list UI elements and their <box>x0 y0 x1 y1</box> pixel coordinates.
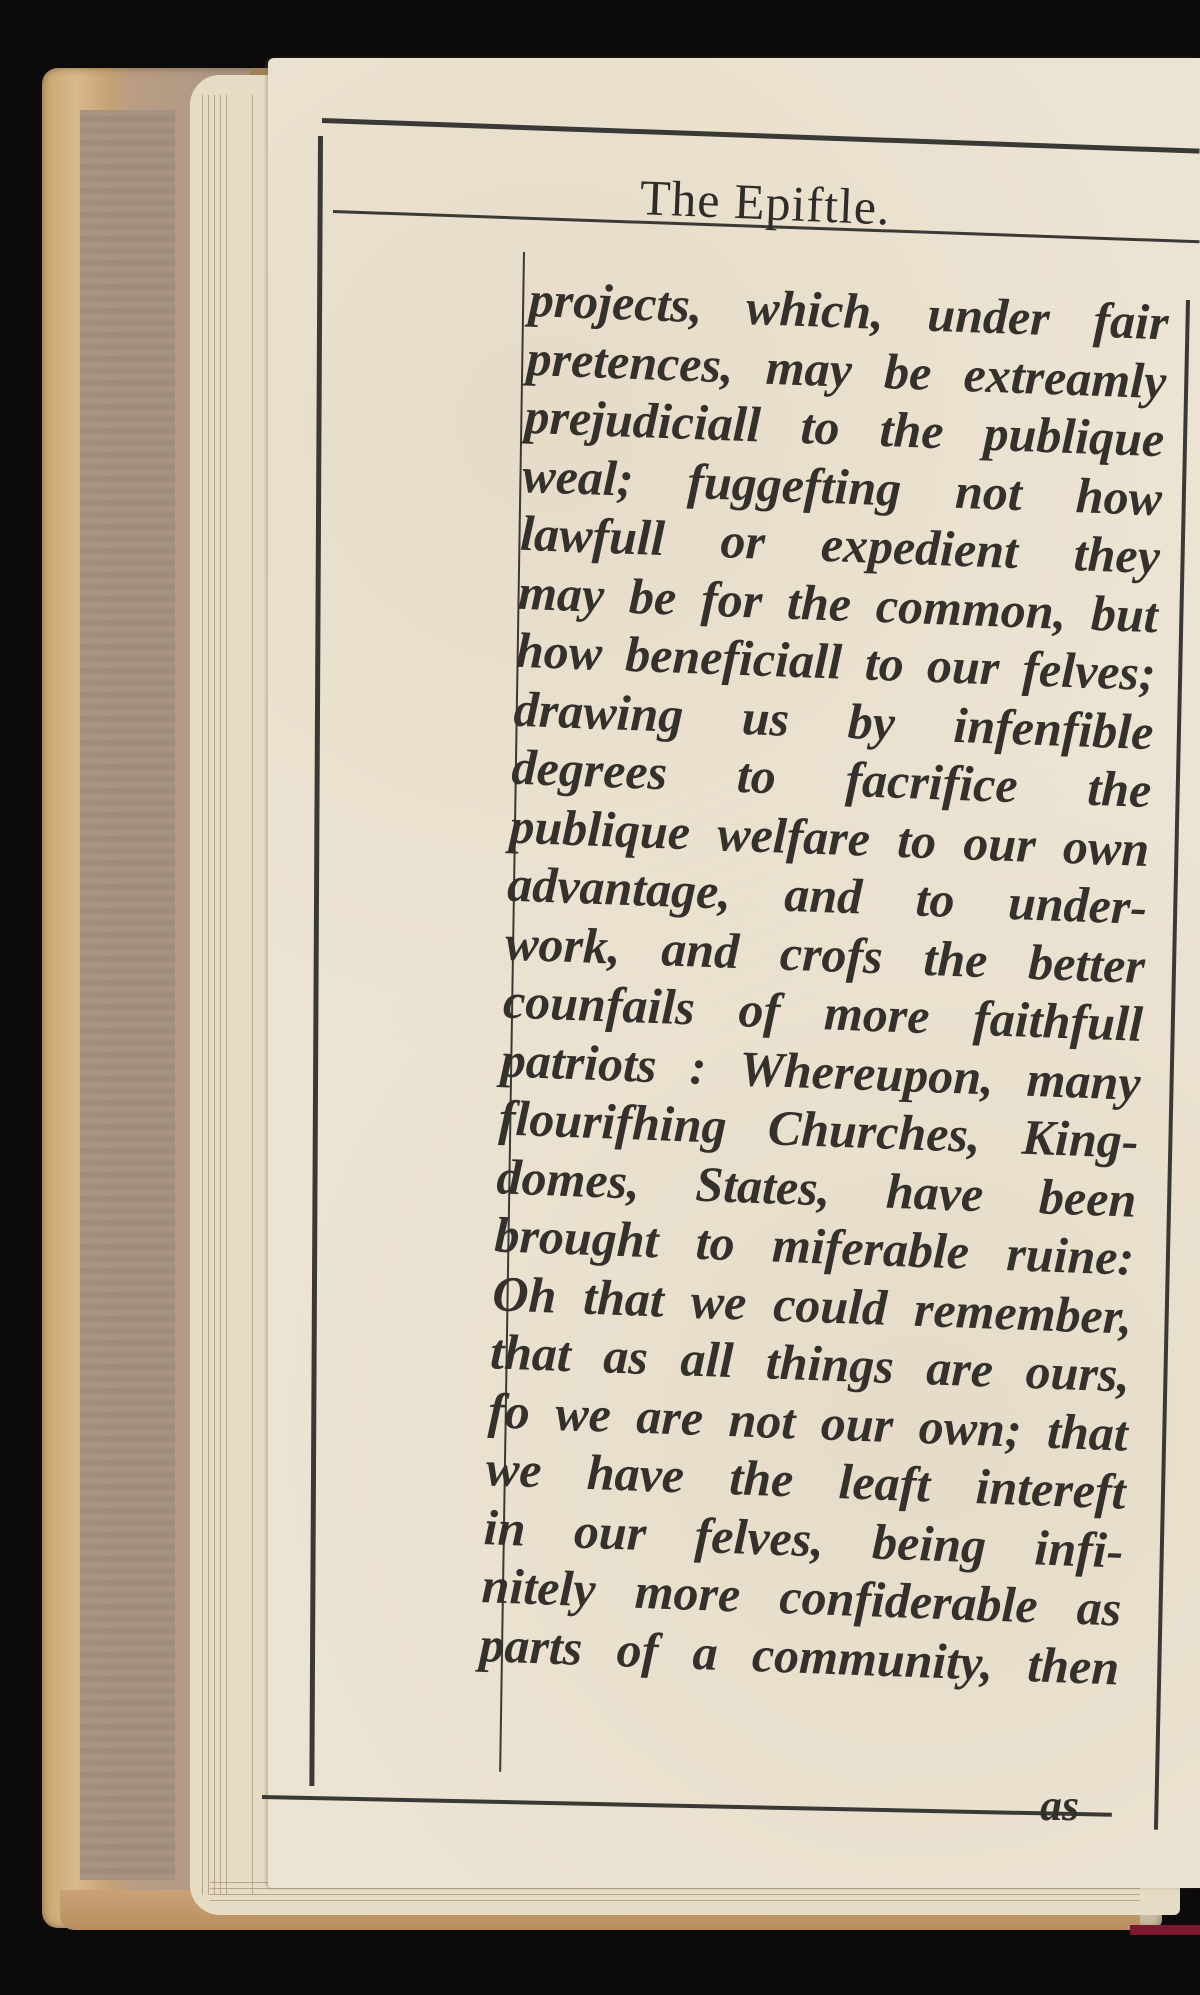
body-text: projects,which,underfair pretences,maybe… <box>479 270 1170 1697</box>
inner-cover-lining <box>80 110 175 1880</box>
catchword: as <box>1040 1780 1079 1831</box>
book-photograph: The Epiftle. projects,which,underfair pr… <box>0 0 1200 1995</box>
red-page-edge <box>1130 1925 1200 1935</box>
